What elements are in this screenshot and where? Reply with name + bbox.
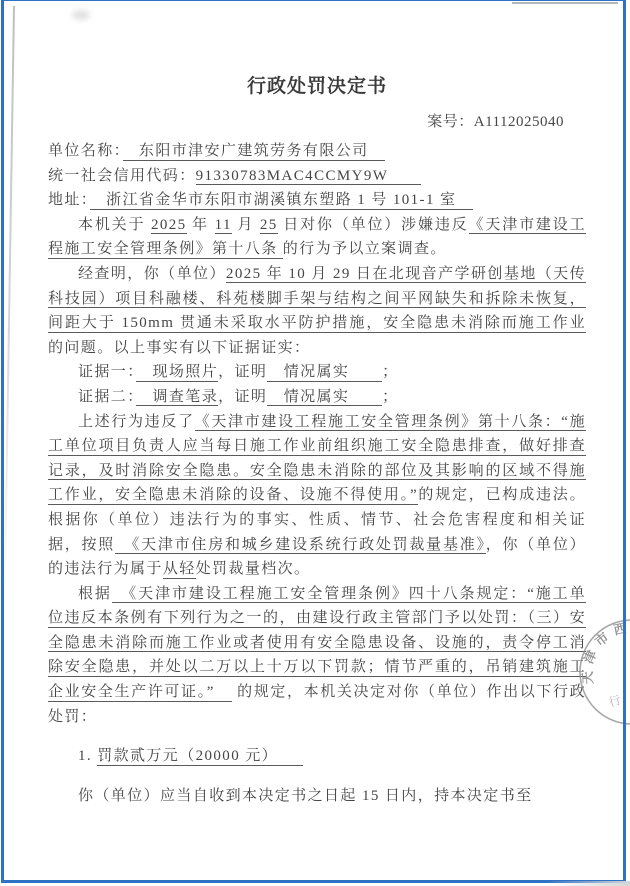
text-segment: 月 (232, 217, 260, 233)
text-segment: 证据二： (78, 389, 136, 405)
paragraph-payment-instruction: 你（单位）应当自收到本决定书之日起 15 日内，持本决定书至 (48, 784, 586, 809)
underlined-filled-text: 罚款贰万元（20000 元） (97, 748, 303, 766)
seal-ring-text: 天津市西 (579, 619, 630, 685)
scan-artifact-corner (546, 881, 630, 886)
field-credit-code: 统一社会信用代码：91330783MAC4CCMY9W (48, 164, 586, 189)
underlined-filled-text: 91330783MAC4CCMY9W (196, 168, 421, 186)
text-segment: ，证明 (218, 389, 267, 405)
official-seal-stamp: 天津市西 行 (577, 614, 630, 732)
underlined-filled-text: 现场照片 (136, 364, 218, 382)
text-segment: 根据 (78, 586, 112, 602)
underlined-filled-text: 2025 (151, 217, 187, 235)
text-segment: ； (382, 364, 398, 380)
underlined-filled-text: 25 (260, 217, 278, 235)
text-segment: 的问题。以上事实有以下证据证实： (48, 340, 310, 356)
document-title: 行政处罚决定书 (48, 74, 586, 100)
underlined-filled-text: 浙江省金华市东阳市湖溪镇东塑路 1 号 101-1 室 (90, 192, 473, 210)
text-segment: 年 (187, 217, 215, 233)
paragraph-evidence-1: 证据一： 现场照片，证明 情况属实 ； (48, 360, 586, 385)
seal-inner-text: 行 (607, 693, 623, 710)
paragraph-penalty-item: 1. 罚款贰万元（20000 元） (48, 744, 586, 769)
paragraph-case-filing: 本机关于 2025 年 11 月 25 日对你（单位）涉嫌违反《天津市建设工程施… (48, 213, 586, 262)
field-unit-name: 单位名称： 东阳市津安广建筑劳务有限公司 (48, 139, 586, 164)
text-segment: ，证明 (218, 364, 267, 380)
underlined-filled-text: 调查笔录 (136, 389, 218, 407)
paragraph-penalty-basis: 根据 《天津市建设工程施工安全管理条例》四十八条规定：“施工单位违反本条例有下列… (48, 582, 586, 730)
text-segment: 地址： (48, 192, 90, 208)
document-page: 行政处罚决定书 案号：A1112025040 单位名称： 东阳市津安广建筑劳务有… (0, 0, 630, 808)
underlined-filled-text: 从轻 (163, 561, 196, 579)
case-number-line: 案号：A1112025040 (48, 110, 586, 131)
text-segment: 证据一： (78, 364, 136, 380)
paragraph-violation: 上述行为违反了《天津市建设工程施工安全管理条例》第十八条：“施工单位项目负责人应… (48, 410, 586, 582)
underlined-filled-text: 《天津市住房和城乡建设系统行政处罚裁量基准》 (115, 537, 486, 555)
case-number-label: 案号： (427, 114, 474, 130)
text-segment: 上述行为违反了 (78, 414, 195, 430)
document-body: 单位名称： 东阳市津安广建筑劳务有限公司 统一社会信用代码：91330783MA… (48, 139, 586, 808)
underlined-filled-text: 11 (215, 217, 232, 235)
text-segment: 日对你（单位）涉嫌违反 (278, 217, 469, 233)
underlined-filled-text: 情况属实 (267, 364, 382, 382)
text-segment: ； (382, 389, 398, 405)
text-segment: 的行为予以立案调查。 (283, 241, 447, 257)
field-address: 地址： 浙江省金华市东阳市湖溪镇东塑路 1 号 101-1 室 (48, 188, 586, 213)
text-segment: 你（单位）应当自收到本决定书之日起 15 日内，持本决定书至 (78, 788, 533, 804)
paragraph-findings: 经查明，你（单位）2025 年 10 月 29 日在北现音产学研创基地（天传科技… (48, 262, 586, 360)
underlined-filled-text: 东阳市津安广建筑劳务有限公司 (123, 143, 385, 161)
text-segment: 本机关于 (78, 217, 151, 233)
svg-text:天津市西: 天津市西 (579, 619, 630, 685)
text-segment: 统一社会信用代码： (48, 168, 196, 184)
text-segment: 处罚裁量档次。 (196, 561, 311, 577)
paragraph-evidence-2: 证据二： 调查笔录，证明 情况属实 ； (48, 385, 586, 410)
case-number-value: A1112025040 (474, 114, 564, 130)
text-segment: 1. (78, 748, 97, 764)
text-segment: 单位名称： (48, 143, 123, 159)
text-segment: 经查明，你（单位） (78, 266, 226, 282)
underlined-filled-text: 情况属实 (267, 389, 382, 407)
